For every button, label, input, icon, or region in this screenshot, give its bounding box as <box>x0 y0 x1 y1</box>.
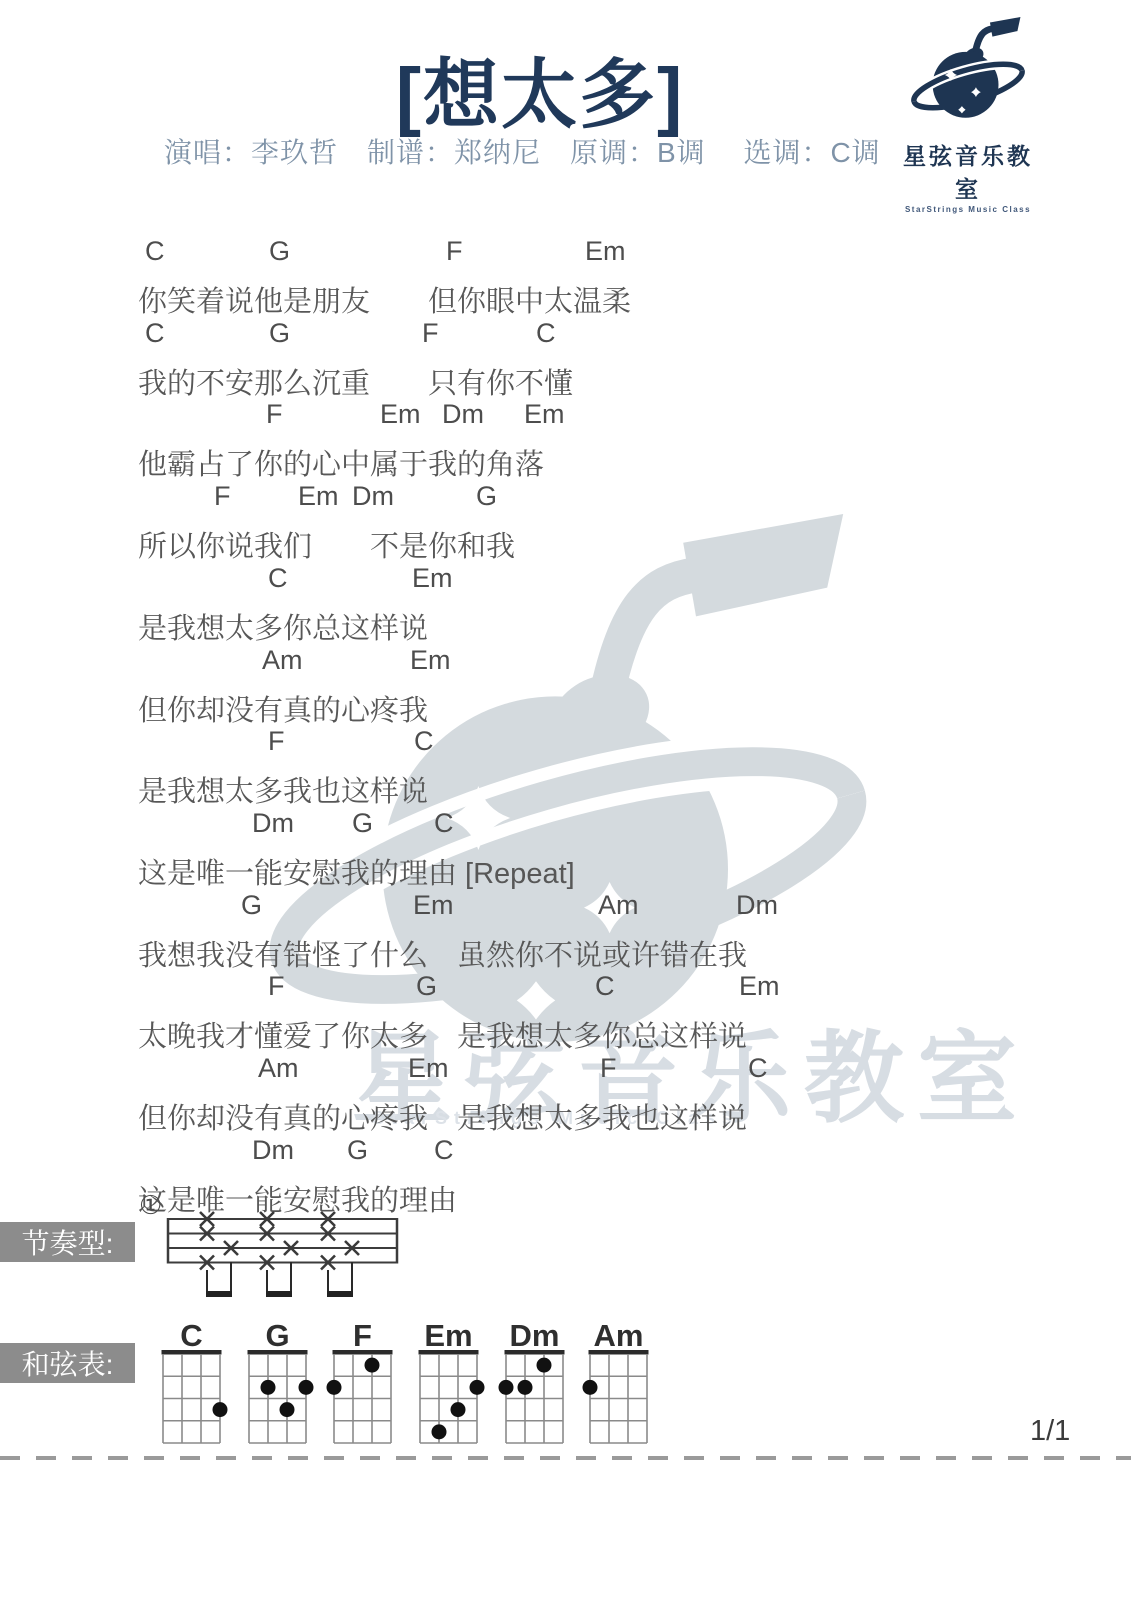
logo-subtitle: StarStrings Music Class <box>893 205 1043 214</box>
svg-text:Am: Am <box>594 1318 644 1353</box>
chord-diagram: Am <box>583 1318 649 1443</box>
rhythm-label: 节奏型: <box>0 1222 135 1262</box>
chord-label: F <box>422 318 439 349</box>
chord-label: C <box>268 563 288 594</box>
svg-text:Em: Em <box>424 1318 472 1353</box>
page-number: 1/1 <box>1030 1415 1070 1448</box>
page-divider <box>0 1456 1131 1460</box>
chord-label: Em <box>298 481 339 512</box>
chord-label: Am <box>598 890 639 921</box>
planet-note-icon <box>904 14 1032 136</box>
chord-label: G <box>241 890 262 921</box>
chord-label: G <box>352 808 373 839</box>
chord-label: C <box>748 1053 768 1084</box>
lyric-line: 这是唯一能安慰我的理由 [Repeat] <box>138 851 575 892</box>
chord-label: C <box>145 236 165 267</box>
chord-chart-label: 和弦表: <box>0 1343 135 1383</box>
chord-label: Am <box>258 1053 299 1084</box>
svg-text:C: C <box>180 1318 202 1353</box>
svg-text:Dm: Dm <box>510 1318 560 1353</box>
chord-diagram: G <box>248 1318 314 1443</box>
chord-diagram: Em <box>419 1318 485 1443</box>
chord-label: G <box>476 481 497 512</box>
chord-label: Em <box>739 971 780 1002</box>
chord-label: C <box>145 318 165 349</box>
chord-diagrams: CGFEmDmAm <box>150 1305 680 1460</box>
chord-label: F <box>268 726 285 757</box>
lyric-line: 是我想太多我也这样说 <box>138 769 428 810</box>
chord-label: Em <box>408 1053 449 1084</box>
chord-label: Am <box>262 645 303 676</box>
chord-label: Em <box>412 563 453 594</box>
chord-label: C <box>536 318 556 349</box>
chord-label: F <box>266 399 283 430</box>
lyric-line: 太晚我才懂爱了你太多 是我想太多你总这样说 <box>138 1014 747 1055</box>
lyric-line: 他霸占了你的心中属于我的角落 <box>138 442 544 483</box>
chord-label: Em <box>524 399 565 430</box>
song-credits: 演唱：李玖哲 制谱：郑纳尼 原调：B调 选调：C调 <box>164 131 881 171</box>
chord-label: C <box>434 1135 454 1166</box>
svg-text:G: G <box>265 1318 289 1353</box>
lyric-line: 我的不安那么沉重 只有你不懂 <box>138 361 573 402</box>
chord-label: C <box>595 971 615 1002</box>
chord-label: F <box>600 1053 617 1084</box>
chord-diagram: C <box>162 1318 228 1443</box>
chord-label: G <box>269 236 290 267</box>
logo: 星弦音乐教室 StarStrings Music Class <box>893 14 1043 214</box>
chord-label: C <box>414 726 434 757</box>
chord-label: Dm <box>352 481 394 512</box>
lyric-line: 但你却没有真的心疼我 <box>138 688 428 729</box>
chord-label: Dm <box>252 808 294 839</box>
chord-label: Dm <box>442 399 484 430</box>
chord-label: Dm <box>252 1135 294 1166</box>
chord-label: F <box>446 236 463 267</box>
chord-label: Dm <box>736 890 778 921</box>
chord-label: F <box>268 971 285 1002</box>
chord-label: Em <box>410 645 451 676</box>
chord-diagram: Dm <box>499 1318 565 1443</box>
chord-label: G <box>269 318 290 349</box>
chord-sheet-page: 星弦音乐教室 StarStrings Music Class [想太多] 演唱：… <box>0 0 1131 1600</box>
chord-label: F <box>214 481 231 512</box>
chord-label: C <box>434 808 454 839</box>
logo-name: 星弦音乐教室 <box>893 138 1043 204</box>
lyric-line: 我想我没有错怪了什么 虽然你不说或许错在我 <box>138 933 747 974</box>
lyric-line: 是我想太多你总这样说 <box>138 606 428 647</box>
chord-label: G <box>416 971 437 1002</box>
chord-label: Em <box>380 399 421 430</box>
svg-text:F: F <box>353 1318 372 1353</box>
chord-diagram: F <box>327 1318 393 1443</box>
lyric-line: 但你却没有真的心疼我 是我想太多我也这样说 <box>138 1096 747 1137</box>
lyric-line: 你笑着说他是朋友 但你眼中太温柔 <box>138 279 631 320</box>
chord-label: G <box>347 1135 368 1166</box>
chord-label: Em <box>413 890 454 921</box>
chord-label: Em <box>585 236 626 267</box>
rhythm-staff <box>130 1180 430 1310</box>
lyric-line: 所以你说我们 不是你和我 <box>138 524 515 565</box>
